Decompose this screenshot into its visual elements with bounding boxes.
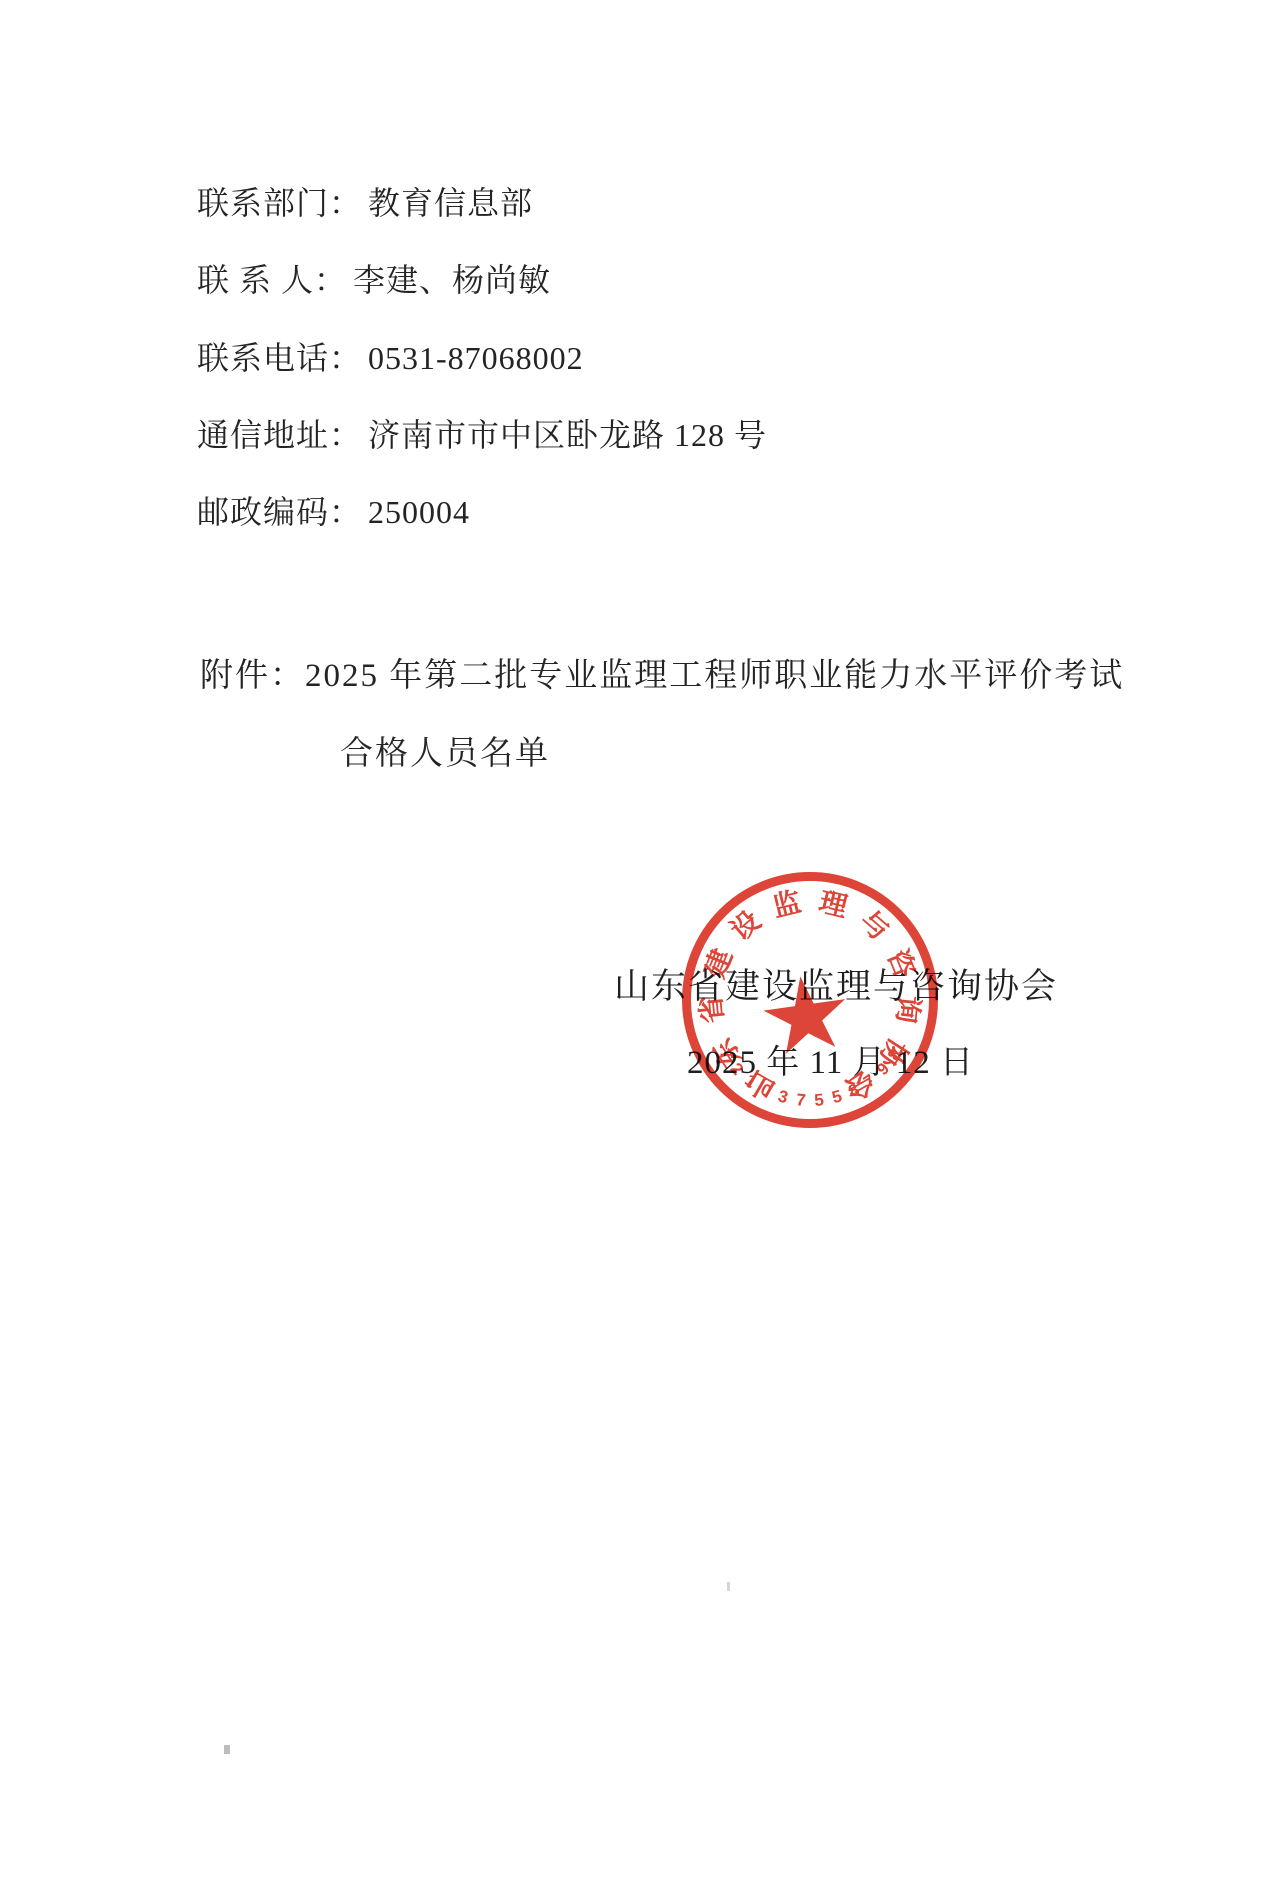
contact-label: 邮政编码： [197,494,362,530]
contact-row-person: 联 系 人：李建、杨尚敏 [197,255,551,301]
attachment-line-2: 合格人员名单 [340,727,550,774]
contact-row-phone: 联系电话：0531-87068002 [197,333,584,379]
official-stamp: 山东省建设监理与咨询协会 721037558798 [682,872,938,1128]
contact-value: 250004 [368,494,470,530]
contact-row-department: 联系部门：教育信息部 [197,178,533,224]
attachment-line-1: 附件：2025 年第二批专业监理工程师职业能力水平评价考试 [200,649,1124,696]
contact-value: 0531-87068002 [368,340,584,376]
contact-label: 联系部门： [197,185,362,221]
contact-value: 教育信息部 [368,185,533,221]
scan-speck [727,1582,730,1591]
stamp-serial-number: 721037558798 [682,872,938,1128]
contact-value: 济南市市中区卧龙路 128 号 [368,417,767,453]
contact-label: 通信地址： [197,417,362,453]
attachment-prefix: 附件： [200,658,305,694]
contact-row-address: 通信地址：济南市市中区卧龙路 128 号 [197,410,767,456]
scan-speck [224,1745,230,1754]
attachment-title: 2025 年第二批专业监理工程师职业能力水平评价考试 [305,658,1124,694]
contact-label: 联 系 人： [197,262,347,298]
contact-label: 联系电话： [197,340,362,376]
document-page: 联系部门：教育信息部 联 系 人：李建、杨尚敏 联系电话：0531-870680… [0,0,1279,1880]
contact-value: 李建、杨尚敏 [353,262,551,298]
contact-row-postcode: 邮政编码：250004 [197,487,470,533]
